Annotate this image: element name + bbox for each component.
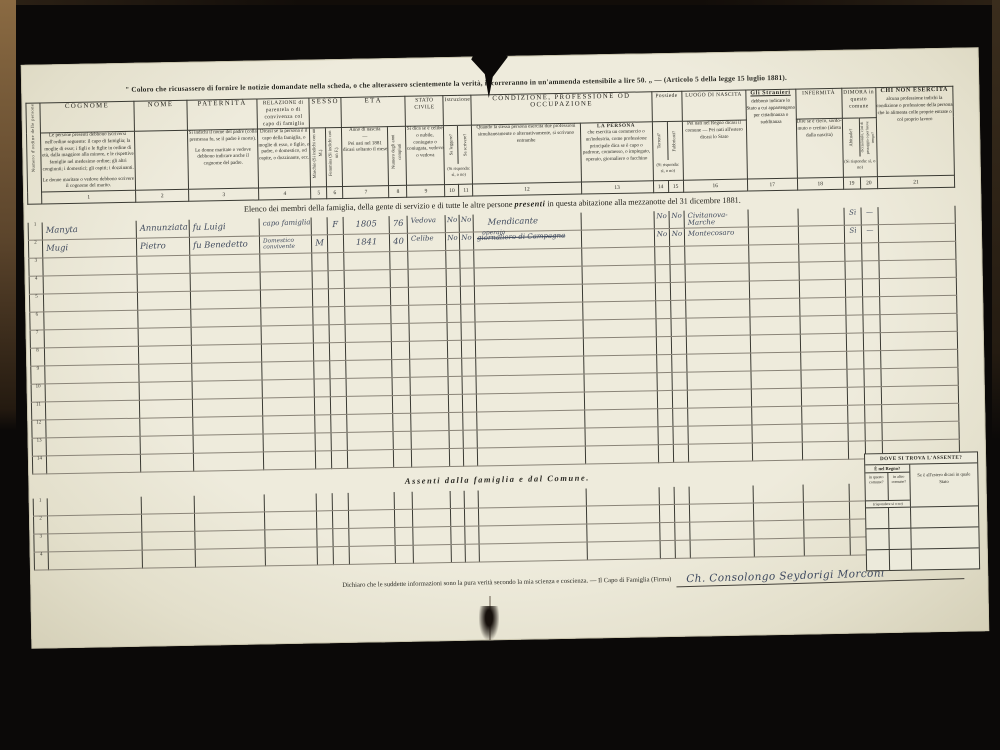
dove-empty-row <box>866 526 978 549</box>
col-sesso-m: Maschio (Si indichi con un M.) <box>310 128 327 187</box>
col-infermita-note: Dire se è cieco, sordo-muto o cretino (i… <box>796 118 843 178</box>
row-number: 12 <box>32 420 46 438</box>
dove-regno-col: È nel Regno? in questo comune? in altro … <box>865 465 911 508</box>
dimora-occasionale: Occasionale, cioè di passaggio o per bre… <box>859 118 877 156</box>
hw-fabbricati: No <box>669 211 683 221</box>
hw-condizione: giornaliero di Campagna <box>474 230 581 242</box>
paper-stain-bottom <box>479 606 499 640</box>
colnum-2: 2 <box>136 189 189 202</box>
header-table: Numero d'ordine delle persone COGNOME NO… <box>25 86 955 205</box>
row-number: 5 <box>29 294 43 312</box>
row-number: 1 <box>28 223 42 241</box>
row-number: 4 <box>29 276 43 294</box>
colnum-11: 11 <box>459 184 473 196</box>
col-nome-note <box>135 130 189 190</box>
col-nome-title: NOME <box>134 100 188 131</box>
col-relazione-note: Dicasi se la persona è il capo della fam… <box>258 128 311 188</box>
colnum-10: 10 <box>445 184 459 196</box>
col-relazione-title: RELAZIONE di parentela o di convivenza c… <box>257 98 310 129</box>
eta-anno-line2: Pei nati nel 1881 dicasi soltanto il mes… <box>342 141 387 155</box>
hw-anno: 1841 <box>344 234 389 247</box>
col-sesso-title: SESSO <box>309 97 342 128</box>
col-stato-title: STATO CIVILE <box>405 96 444 127</box>
occasionale-label: Occasionale, cioè di passaggio o per bre… <box>860 118 877 156</box>
col-condizione-note: Quando la stessa persona esercita due pr… <box>472 123 581 184</box>
col-stranieri-title: Gli Stranieri <box>746 90 795 97</box>
hw-cognome: Manyta <box>43 220 136 234</box>
photo-background-top-edge <box>0 0 1000 5</box>
sa-scrivere-label: Sa scrivere? <box>462 134 469 156</box>
col-paternita-note: Si indichi il nome del padre (colla prem… <box>188 129 259 189</box>
col-infermita-title: INFERMITÀ <box>795 88 842 119</box>
col-dimora-title: DIMORA in questo comune <box>842 88 877 119</box>
row-number-label: Numero d'ordine delle persone <box>30 104 37 173</box>
istruzione-leggere: Sa leggere? <box>444 126 458 164</box>
sa-leggere-label: Sa leggere? <box>448 134 455 155</box>
persona-note: che esercita un commercio o un'industria… <box>581 129 653 164</box>
possiede-note: (Si risponda: sì, o no) <box>653 160 682 174</box>
dimora-abituale: Abituale? <box>843 119 860 157</box>
main-rows: 1 Manyta Annunziata fu Luigi capo famigl… <box>28 206 959 474</box>
hw-anno: 1805 <box>344 216 389 229</box>
row-number: 13 <box>32 438 46 456</box>
istruzione-scrivere: Sa scrivere? <box>457 126 472 164</box>
hw-leggere: No <box>446 233 459 243</box>
fabbricati-label: Fabbricati? <box>671 131 678 152</box>
hw-luogo: Civitanova-Marche <box>684 209 748 227</box>
paternita-note-1: Si indichi il nome del padre (colla prem… <box>188 130 257 145</box>
dove-empty-row <box>867 547 979 570</box>
colnum-7: 7 <box>343 186 389 199</box>
hw-relazione: Domestico convivente <box>260 235 311 251</box>
row-number: 3 <box>29 258 43 276</box>
row-number: 10 <box>31 384 45 402</box>
hw-relazione: capo famiglia <box>260 217 311 228</box>
dimora-note: (Si risponda: sì, o no) <box>843 156 876 170</box>
hw-cognome: Mugi <box>43 238 136 252</box>
col-luogo-title: LUOGO DI NASCITA <box>681 90 746 121</box>
colnum-16: 16 <box>683 179 747 192</box>
col-cognome-note: Le persone presenti debbono iscriversi n… <box>40 131 135 192</box>
paternita-note-2: Le donne maritate o vedove debbono indic… <box>188 147 257 169</box>
declaration-footer: Dichiaro che le suddette informazioni so… <box>34 567 964 598</box>
row-number: 14 <box>32 456 46 474</box>
row-number: 9 <box>31 366 45 384</box>
dove-risposta-note: (rispondere sì o no) <box>866 500 910 508</box>
abituale-label: Abituale? <box>848 129 855 147</box>
hw-scrivere: No <box>460 233 473 243</box>
colnum-1: 1 <box>42 190 136 204</box>
col-stranieri-note: debbono indicare lo Stato a cui apparten… <box>746 99 796 127</box>
subtitle-emphasis: presenti <box>514 199 545 209</box>
hw-fabbricati: No <box>669 229 683 239</box>
col-stato-note: Si dica se è celibe o nubile, coniugato … <box>406 126 445 186</box>
colnum-18: 18 <box>797 177 843 190</box>
colnum-19: 19 <box>843 177 860 189</box>
col-persona: LA PERSONA che esercita un commercio o u… <box>580 122 653 182</box>
present-persons-table: 1 Manyta Annunziata fu Luigi capo famigl… <box>28 206 960 475</box>
sesso-m-label: Maschio (Si indichi con un M.) <box>311 128 325 178</box>
hw-sesso-m: M <box>312 235 327 247</box>
hw-condizione: Mendicante <box>474 212 581 227</box>
census-sheet: " Coloro che ricusassero di fornire le n… <box>21 47 990 648</box>
colnum-21: 21 <box>877 175 954 188</box>
row-number: 6 <box>30 312 44 330</box>
colnum-5: 5 <box>311 187 327 199</box>
hw-paternita: fu Luigi <box>190 218 259 232</box>
hw-scrivere: No <box>460 215 473 225</box>
hw-nome: Annunziata <box>137 220 189 233</box>
cognome-note-1: Le persone presenti debbono iscriversi n… <box>41 132 135 174</box>
dove-questo-comune: in questo comune? <box>865 473 887 500</box>
census-form: Numero d'ordine delle persone COGNOME NO… <box>25 86 964 598</box>
col-istruzione-sub: Sa leggere? Sa scrivere? (Si risponda: s… <box>444 125 473 185</box>
hw-abituale: Sì <box>845 225 861 235</box>
photo-background-left-edge <box>0 0 16 430</box>
hw-nome: Pietro <box>137 238 189 251</box>
hw-stato: Vedova <box>408 215 445 225</box>
colnum-15: 15 <box>668 180 683 192</box>
col-eta-title: ETÀ <box>341 96 406 127</box>
colnum-9: 9 <box>407 185 445 198</box>
col-chi-non-esercita: CHI NON ESERCITA alcuna professione indi… <box>876 86 955 176</box>
hw-terreni: No <box>654 211 668 221</box>
colnum-14: 14 <box>653 181 668 193</box>
hw-occasionale: — <box>861 207 877 217</box>
hw-anni: 40 <box>390 234 407 246</box>
hw-stato: Celibe <box>408 233 445 243</box>
colnum-4: 4 <box>259 187 311 200</box>
possiede-fabbricati: Fabbricati? <box>666 122 682 160</box>
colnum-3: 3 <box>189 188 259 201</box>
dove-estero-label: Se è all'estero dicasi in quale Stato <box>910 463 978 506</box>
col-condizione-title: CONDIZIONE, PROFESSIONE OD OCCUPAZIONE <box>471 92 652 125</box>
colnum-20: 20 <box>860 177 877 189</box>
hw-leggere: No <box>446 215 459 225</box>
col-chi-non-note: alcuna professione indichi la condizione… <box>876 96 953 125</box>
col-cognome-title: COGNOME <box>40 101 135 133</box>
sesso-f-label: Femmina (Si indichi con un F.) <box>327 128 341 178</box>
col-paternita-title: PATERNITÀ <box>187 99 258 130</box>
declaration-text: Dichiaro che le suddette informazioni so… <box>342 576 671 589</box>
istruzione-note: (Si risponda: sì, o no) <box>445 164 472 178</box>
hw-anni: 76 <box>390 216 407 228</box>
terreni-label: Terreni? <box>656 134 663 149</box>
col-eta-anno-note: Anno di nascita — Pei nati nel 1881 dica… <box>342 127 389 187</box>
hw-sesso-f: F <box>328 217 343 229</box>
col-chi-non-title: CHI NON ESERCITA <box>876 87 952 94</box>
colnum-8: 8 <box>389 185 407 197</box>
colnum-17: 17 <box>747 178 797 191</box>
row-number: 7 <box>30 330 44 348</box>
dove-altro-comune: in altro comune? <box>887 473 910 500</box>
col-dimora-sub: Abituale? Occasionale, cioè di passaggio… <box>842 118 877 178</box>
row-number: 2 <box>34 516 48 534</box>
possiede-terreni: Terreni? <box>652 122 667 160</box>
col-eta-anni: Numero degli anni compiuti <box>388 126 407 185</box>
col-luogo-note: Pei nati nel Regno dicasi il comune — Pe… <box>682 120 747 180</box>
hw-occasionale: — <box>862 225 878 235</box>
row-number: 4 <box>34 552 48 570</box>
absent-location-box: DOVE SI TROVA L'ASSENTE? È nel Regno? in… <box>864 451 980 571</box>
colnum-13: 13 <box>581 181 653 194</box>
col-possiede-title: Possiede <box>651 91 682 122</box>
row-number: 1 <box>33 498 47 516</box>
row-number: 11 <box>31 402 45 420</box>
col-stranieri: Gli Stranieri debbono indicare lo Stato … <box>745 89 797 179</box>
subtitle-pre: Elenco dei membri della famiglia, della … <box>244 200 515 214</box>
hw-luogo: Montecosaro <box>684 227 747 238</box>
row-number: 8 <box>30 348 44 366</box>
col-istruzione-title: Istruzione <box>443 95 472 126</box>
cognome-note-2: Le donne maritate o vedove debbono scriv… <box>42 176 135 191</box>
eta-anni-label: Numero degli anni compiuti <box>390 127 404 177</box>
hw-terreni: No <box>654 229 668 239</box>
row-number: 2 <box>28 240 42 258</box>
colnum-6: 6 <box>327 187 343 199</box>
photo-background-right-edge <box>992 0 1000 440</box>
hw-paternita: fu Benedetto <box>190 236 259 250</box>
row-number: 3 <box>34 534 48 552</box>
col-possiede-sub: Terreni? Fabbricati? (Si risponda: sì, o… <box>652 121 683 181</box>
hw-abituale: Sì <box>844 207 860 217</box>
col-sesso-f: Femmina (Si indichi con un F.) <box>326 128 343 187</box>
dove-empty-row <box>866 505 978 528</box>
subtitle-post: in questa abitazione alla mezzanotte del… <box>545 196 741 209</box>
